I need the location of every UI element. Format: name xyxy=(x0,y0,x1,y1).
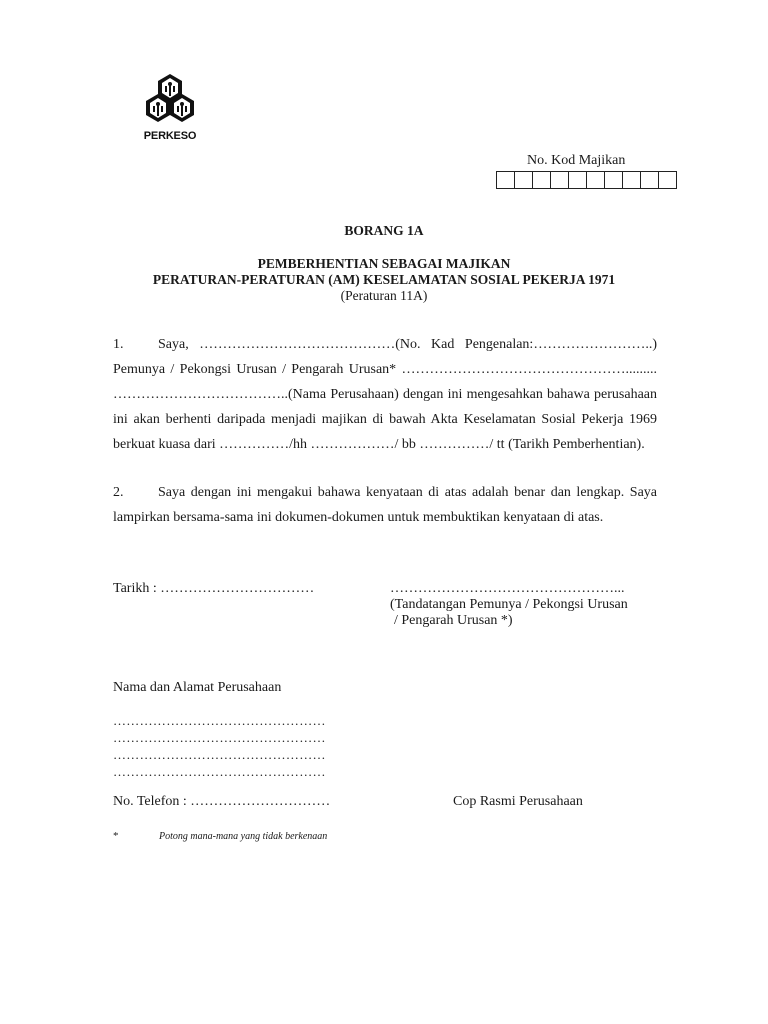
section-1-line: Pemunya / Pekongsi Urusan / Pengarah Uru… xyxy=(113,357,657,382)
section-1-number: 1. xyxy=(113,332,158,357)
section-2: 2.Saya dengan ini mengakui bahawa kenyat… xyxy=(113,480,657,530)
address-line-field[interactable]: ………………………………………… xyxy=(113,730,326,746)
employer-code-label: No. Kod Majikan xyxy=(527,153,625,169)
employer-code-digit[interactable] xyxy=(605,172,623,188)
date-field[interactable]: Tarikh : …………………………… xyxy=(113,581,314,597)
signature-caption: (Tandatangan Pemunya / Pekongsi Urusan xyxy=(390,597,628,613)
logo-text: PERKESO xyxy=(138,130,202,142)
address-line-field[interactable]: ………………………………………… xyxy=(113,764,326,780)
employer-code-boxes[interactable] xyxy=(496,171,677,189)
section-1-line: ………………………………..(Nama Perusahaan) dengan i… xyxy=(113,382,657,407)
form-name: BORANG 1A xyxy=(0,223,768,239)
employer-code-digit[interactable] xyxy=(623,172,641,188)
address-line-field[interactable]: ………………………………………… xyxy=(113,747,326,763)
section-2-number: 2. xyxy=(113,480,158,505)
section-1-line: berkuat kuasa dari ……………/hh ………………/ bb …… xyxy=(113,432,657,457)
form-title: PEMBERHENTIAN SEBAGAI MAJIKAN xyxy=(0,256,768,272)
employer-code-digit[interactable] xyxy=(587,172,605,188)
company-name-address-label: Nama dan Alamat Perusahaan xyxy=(113,680,281,696)
footnote-text: Potong mana-mana yang tidak berkenaan xyxy=(159,831,327,842)
employer-code-digit[interactable] xyxy=(659,172,677,188)
perkeso-logo: PERKESO xyxy=(138,72,202,148)
section-1: 1.Saya, ……………………………………(No. Kad Pengenala… xyxy=(113,332,657,457)
signature-caption: / Pengarah Urusan *) xyxy=(394,613,513,629)
employer-code-digit[interactable] xyxy=(569,172,587,188)
phone-field[interactable]: No. Telefon : ………………………… xyxy=(113,794,330,810)
employer-code-digit[interactable] xyxy=(497,172,515,188)
signature-field[interactable]: …………………………………………... xyxy=(390,581,625,597)
section-1-line: ini akan berhenti daripada menjadi majik… xyxy=(113,407,657,432)
employer-code-digit[interactable] xyxy=(515,172,533,188)
employer-code-digit[interactable] xyxy=(533,172,551,188)
section-1-line: 1.Saya, ……………………………………(No. Kad Pengenala… xyxy=(113,332,657,357)
perkeso-hexagon-icon xyxy=(138,72,202,128)
section-2-line: 2.Saya dengan ini mengakui bahawa kenyat… xyxy=(113,480,657,505)
regulation-subtitle: (Peraturan 11A) xyxy=(0,288,768,304)
section-2-line: lampirkan bersama-sama ini dokumen-dokum… xyxy=(113,505,657,530)
footnote-marker: * xyxy=(113,830,119,842)
regulation-title: PERATURAN-PERATURAN (AM) KESELAMATAN SOS… xyxy=(0,272,768,288)
employer-code-digit[interactable] xyxy=(551,172,569,188)
address-line-field[interactable]: ………………………………………… xyxy=(113,713,326,729)
company-stamp-label: Cop Rasmi Perusahaan xyxy=(453,794,583,810)
employer-code-digit[interactable] xyxy=(641,172,659,188)
